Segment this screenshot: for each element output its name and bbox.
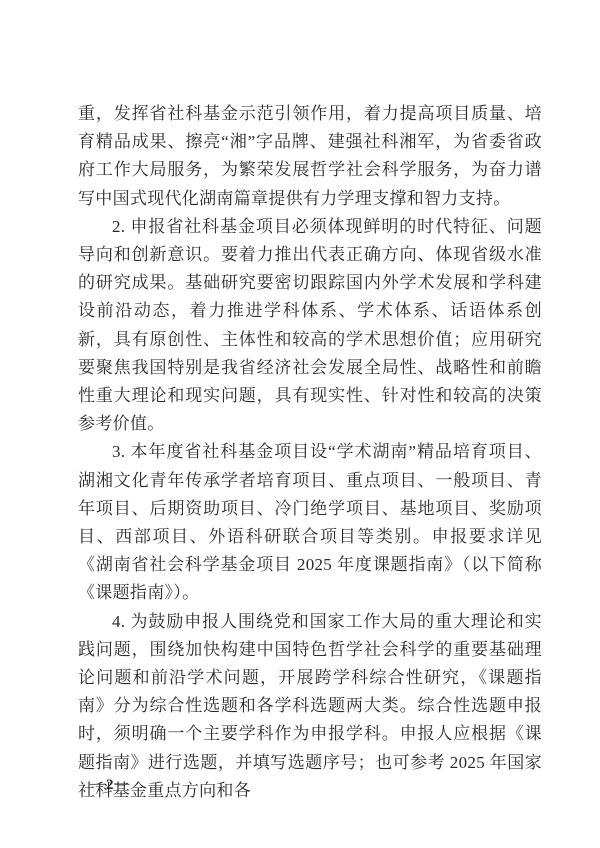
page-number-value: 2 bbox=[105, 777, 115, 793]
paragraph-continuation: 重，发挥省社科基金示范引领作用，着力提高项目质量、培育精品成果、擦亮“湘”字品牌… bbox=[78, 100, 542, 213]
paragraph-item-3: 3. 本年度省社科基金项目设“学术湖南”精品培育项目、湖湘文化青年传承学者培育项… bbox=[78, 438, 542, 607]
document-body: 重，发挥省社科基金示范引领作用，着力提高项目质量、培育精品成果、擦亮“湘”字品牌… bbox=[78, 100, 542, 805]
page-number-right-dash: — bbox=[115, 776, 130, 792]
paragraph-item-4: 4. 为鼓励申报人围绕党和国家工作大局的重大理论和实践问题，围绕加快构建中国特色… bbox=[78, 608, 542, 805]
paragraph-item-2: 2. 申报省社科基金项目必须体现鲜明的时代特征、问题导向和创新意识。要着力推出代… bbox=[78, 213, 542, 439]
document-page: 重，发挥省社科基金示范引领作用，着力提高项目质量、培育精品成果、擦亮“湘”字品牌… bbox=[0, 0, 600, 848]
page-number-left-dash: — bbox=[90, 776, 105, 792]
page-number: —2— bbox=[90, 775, 130, 795]
